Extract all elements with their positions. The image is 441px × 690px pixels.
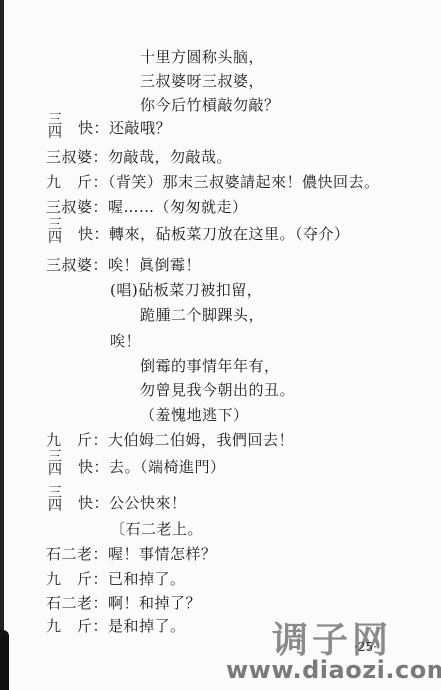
speaker-label: 三叔婆： bbox=[46, 256, 108, 274]
speaker-label: 九 斤： bbox=[46, 431, 108, 449]
verse-line: 跪腫二个脚踝头， bbox=[140, 306, 264, 324]
speaker-stacked: 三 四 bbox=[47, 451, 63, 477]
dialogue-text: 还敲哦？ bbox=[109, 119, 171, 137]
dialogue-line: 九 斤：大伯姆二伯姆，我們回去！ bbox=[46, 431, 294, 449]
verse-line: 你今后竹槓敲勿敲？ bbox=[140, 96, 280, 114]
verse-line: 十里方圆称头脑， bbox=[140, 48, 264, 66]
dialogue-text: 喔……（匆匆就走） bbox=[108, 198, 248, 216]
speaker-label: 快： bbox=[78, 494, 109, 512]
dialogue-text: 公公快來！ bbox=[109, 494, 187, 512]
speaker-label: 快： bbox=[78, 225, 109, 243]
dialogue-line: 三叔婆：勿敲哉，勿敲哉。 bbox=[46, 148, 232, 166]
dialogue-text: 已和掉了。 bbox=[108, 570, 186, 588]
dialogue-line: 快：轉來，砧板菜刀放在这里。（夺介） bbox=[78, 225, 350, 243]
speaker-label: 九 斤： bbox=[46, 617, 108, 635]
watermark-url: www.diaozi.com bbox=[226, 656, 441, 684]
speaker-label: 快： bbox=[78, 119, 109, 137]
dialogue-text: 去。（端椅進門） bbox=[109, 458, 226, 476]
dialogue-line: 九 斤：（背笑）那末三叔婆請起來！儂快回去。 bbox=[46, 173, 380, 191]
dialogue-text: 唉！眞倒霉！ bbox=[108, 256, 201, 274]
stage-direction: 〔石二老上。 bbox=[110, 520, 203, 538]
dialogue-text: 是和掉了。 bbox=[108, 617, 186, 635]
dialogue-text: 啊！和掉了？ bbox=[108, 594, 201, 612]
verse-line: 唉！ bbox=[110, 332, 141, 350]
stage-direction: （羞愧地逃下） bbox=[140, 406, 249, 424]
speaker-label: 石二老： bbox=[46, 594, 108, 612]
speaker-bottom-char: 四 bbox=[47, 464, 63, 477]
page-binding-edge bbox=[0, 0, 4, 690]
speaker-label: 九 斤： bbox=[46, 173, 108, 191]
dialogue-line: 快：去。（端椅進門） bbox=[78, 458, 226, 476]
dialogue-line: 快：公公快來！ bbox=[78, 494, 187, 512]
dialogue-line: 九 斤：是和掉了。 bbox=[46, 617, 186, 635]
speaker-bottom-char: 四 bbox=[47, 232, 63, 245]
verse-line: 勿曾見我今朝出的丑。 bbox=[140, 381, 295, 399]
dialogue-line: 石二老：啊！和掉了？ bbox=[46, 594, 201, 612]
verse-line: (唱)砧板菜刀被扣留， bbox=[110, 281, 262, 299]
speaker-label: 九 斤： bbox=[46, 570, 108, 588]
speaker-label: 快： bbox=[78, 458, 109, 476]
speaker-stacked: 三 四 bbox=[47, 219, 63, 245]
speaker-bottom-char: 四 bbox=[47, 500, 63, 513]
dialogue-text: （背笑）那末三叔婆請起來！儂快回去。 bbox=[108, 173, 380, 191]
dialogue-text: 喔！事情怎样？ bbox=[108, 545, 217, 563]
dialogue-line: 三叔婆：唉！眞倒霉！ bbox=[46, 256, 201, 274]
speaker-label: 石二老： bbox=[46, 545, 108, 563]
dialogue-text: 勿敲哉，勿敲哉。 bbox=[108, 148, 232, 166]
dialogue-text: 轉來，砧板菜刀放在这里。（夺介） bbox=[109, 225, 350, 243]
verse-line: 倒霉的事情年年有， bbox=[140, 357, 280, 375]
speaker-label: 三叔婆： bbox=[46, 198, 108, 216]
speaker-label: 三叔婆： bbox=[46, 148, 108, 166]
page-number: ·25· bbox=[354, 640, 377, 654]
dialogue-line: 石二老：喔！事情怎样？ bbox=[46, 545, 217, 563]
dialogue-line: 快：还敲哦？ bbox=[78, 119, 171, 137]
speaker-bottom-char: 四 bbox=[47, 127, 63, 140]
dialogue-line: 三叔婆：喔……（匆匆就走） bbox=[46, 198, 248, 216]
speaker-stacked: 三 四 bbox=[47, 487, 63, 513]
dialogue-line: 九 斤：已和掉了。 bbox=[46, 570, 186, 588]
verse-line: 三叔婆呀三叔婆， bbox=[140, 72, 264, 90]
speaker-stacked: 三 四 bbox=[47, 114, 63, 140]
dialogue-text: 大伯姆二伯姆，我們回去！ bbox=[108, 431, 294, 449]
page-binding-shadow bbox=[0, 630, 9, 690]
